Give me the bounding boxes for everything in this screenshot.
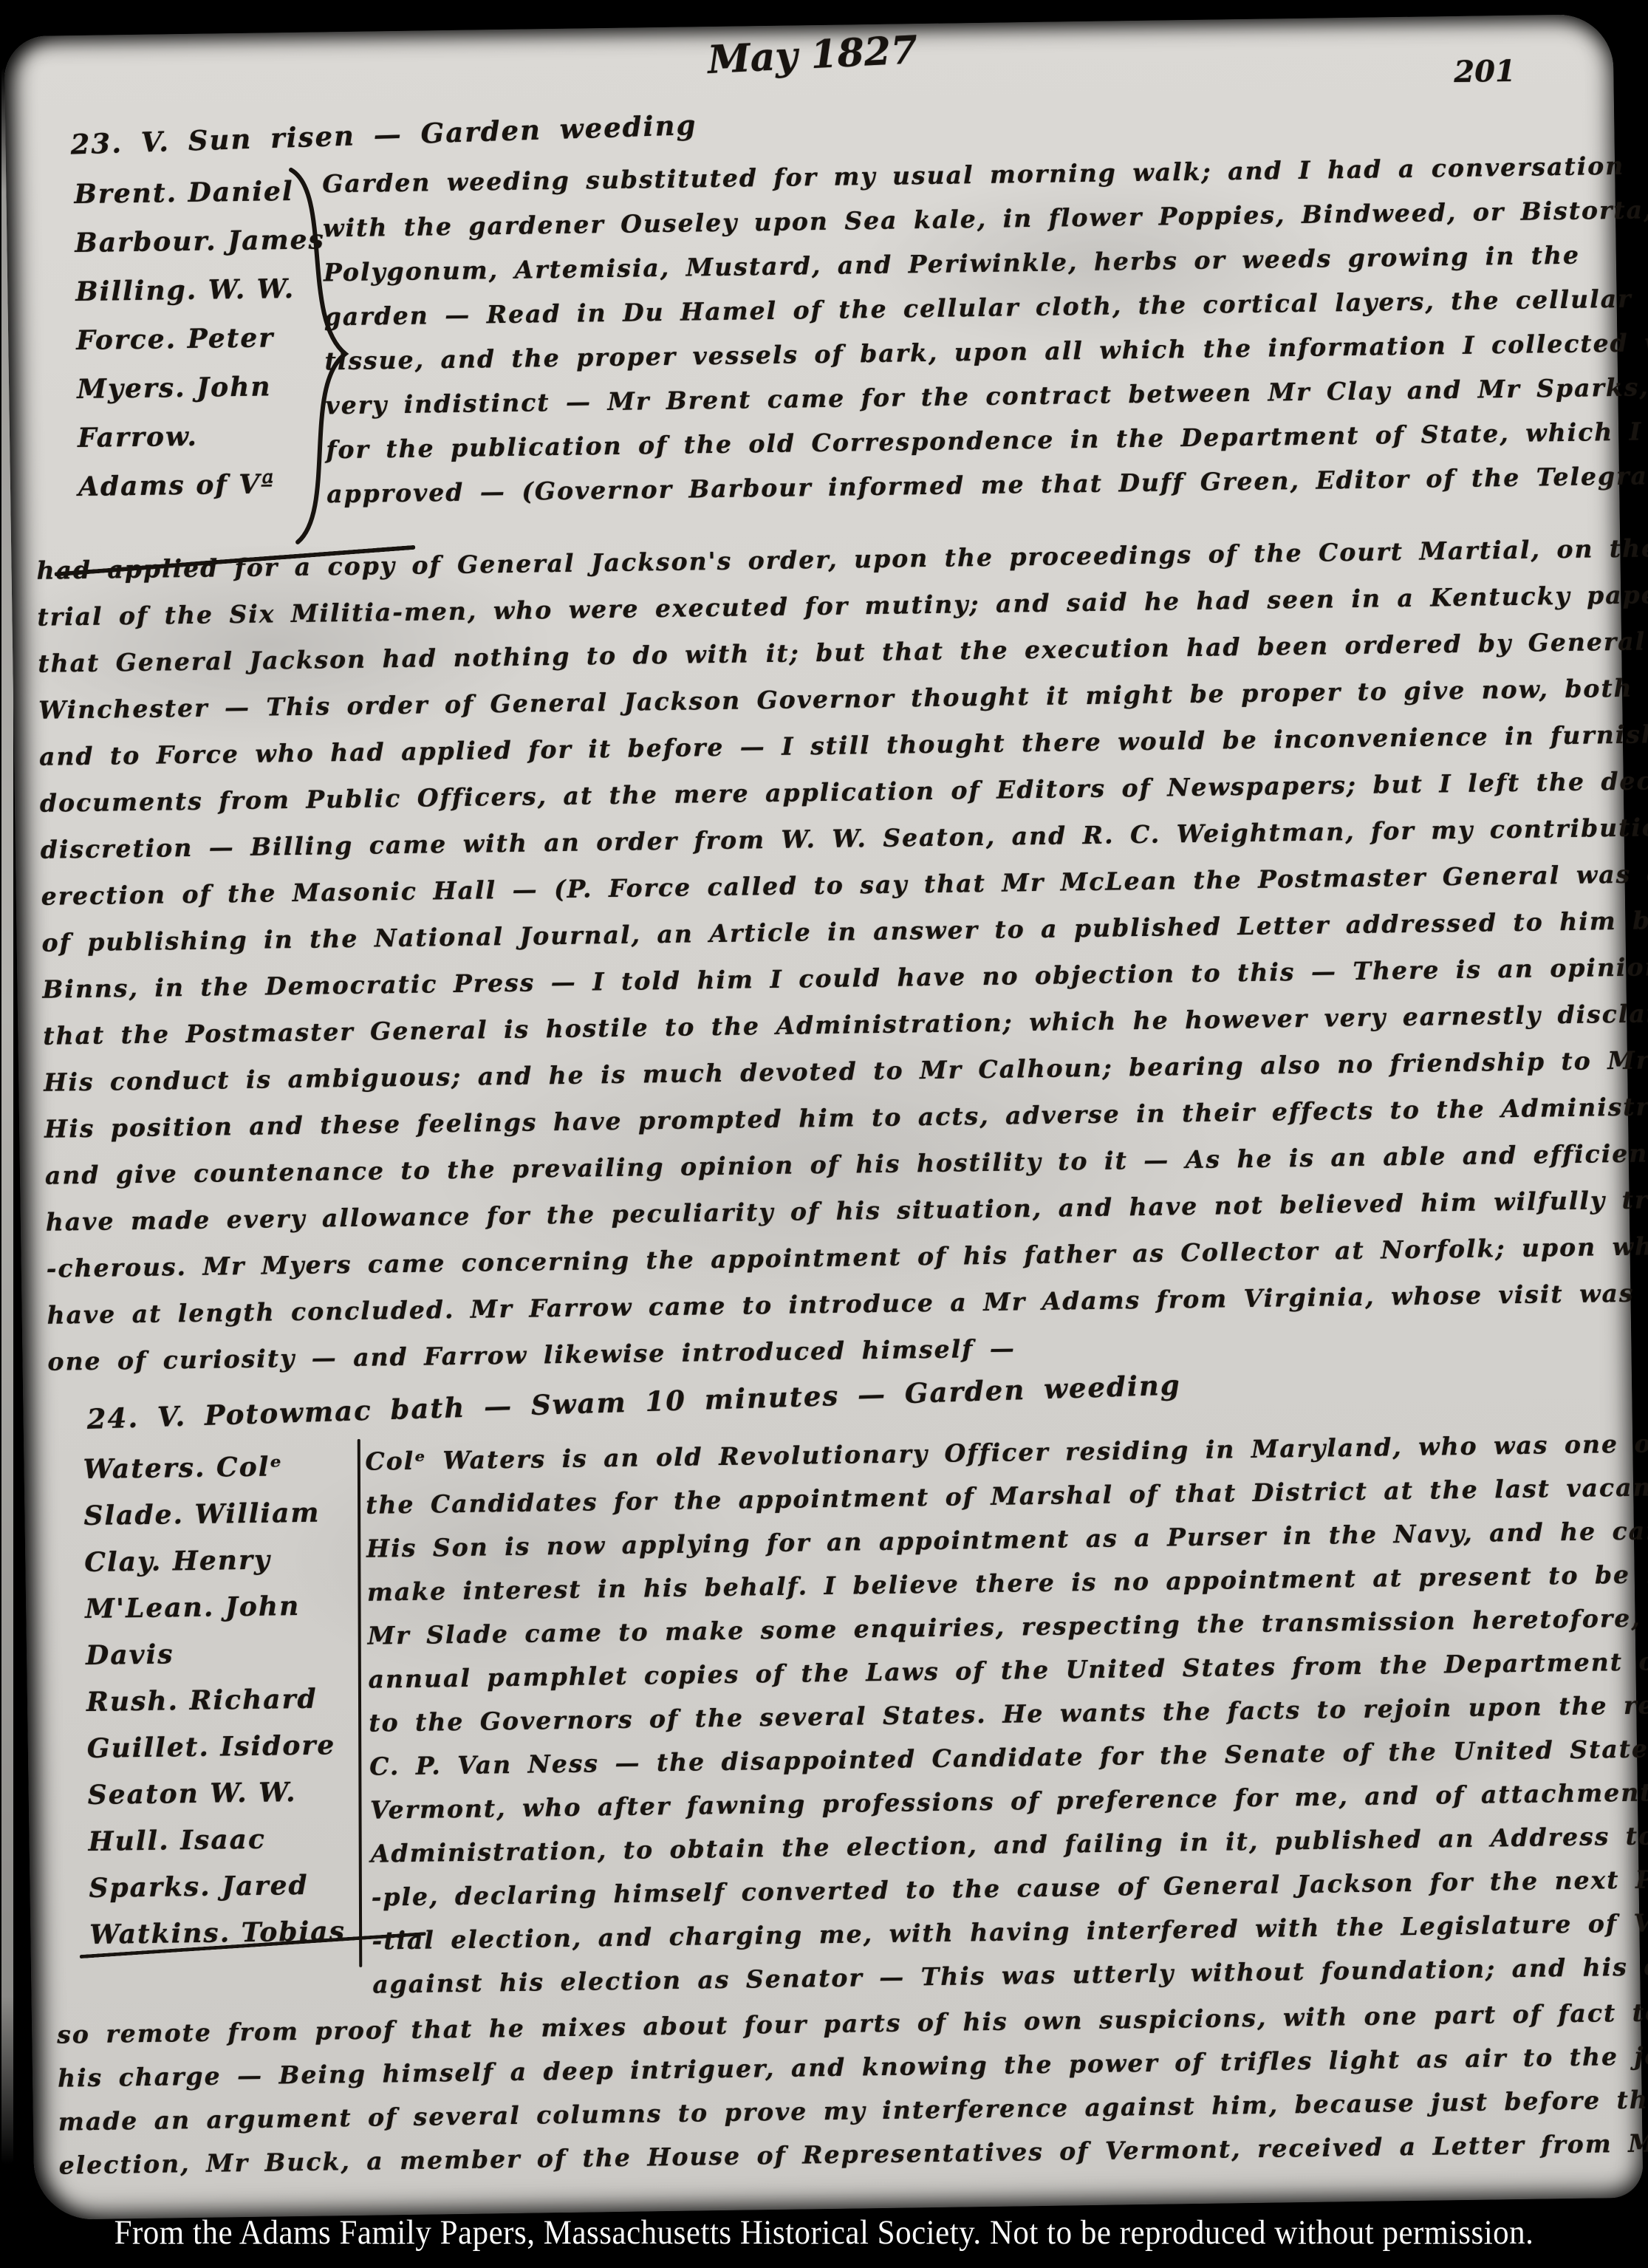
margin-name: Rush. Richard <box>86 1676 343 1726</box>
entry-24-body-full-width: so remote from proof that he mixes about… <box>57 1989 1648 2187</box>
names-divider <box>358 1439 362 1967</box>
margin-name: Slade. William <box>83 1489 340 1540</box>
entry-23-body-beside-names: Garden weeding substituted for my usual … <box>322 143 1648 516</box>
entry-24-body-beside-names: Colᵉ Waters is an old Revolutionary Offi… <box>365 1420 1648 2006</box>
margin-name: Hull. Isaac <box>88 1815 344 1865</box>
margin-name: M'Lean. John <box>85 1582 341 1633</box>
margin-name: Waters. Colᵉ <box>83 1443 339 1493</box>
margin-name: Guillet. Isidore <box>86 1722 343 1772</box>
entry-23-heading: 23. V. Sun risen — Garden weeding <box>70 109 697 161</box>
entry-23-body-full-width: had applied for a copy of General Jackso… <box>36 522 1648 1385</box>
margin-name: Sparks. Jared <box>89 1862 345 1912</box>
margin-name: Davis <box>86 1629 342 1679</box>
archive-caption: From the Adams Family Papers, Massachuse… <box>0 2213 1648 2252</box>
scan-background: May 1827 201 23. V. Sun risen — Garden w… <box>0 0 1648 2268</box>
margin-name: Clay. Henry <box>84 1536 341 1586</box>
page-number: 201 <box>1454 54 1516 89</box>
margin-name: Seaton W. W. <box>87 1769 343 1819</box>
manuscript-page: May 1827 201 23. V. Sun risen — Garden w… <box>4 14 1643 2220</box>
entry-24-name-list: Waters. Colᵉ Slade. William Clay. Henry … <box>83 1443 346 1958</box>
page-date: May 1827 <box>707 27 919 83</box>
